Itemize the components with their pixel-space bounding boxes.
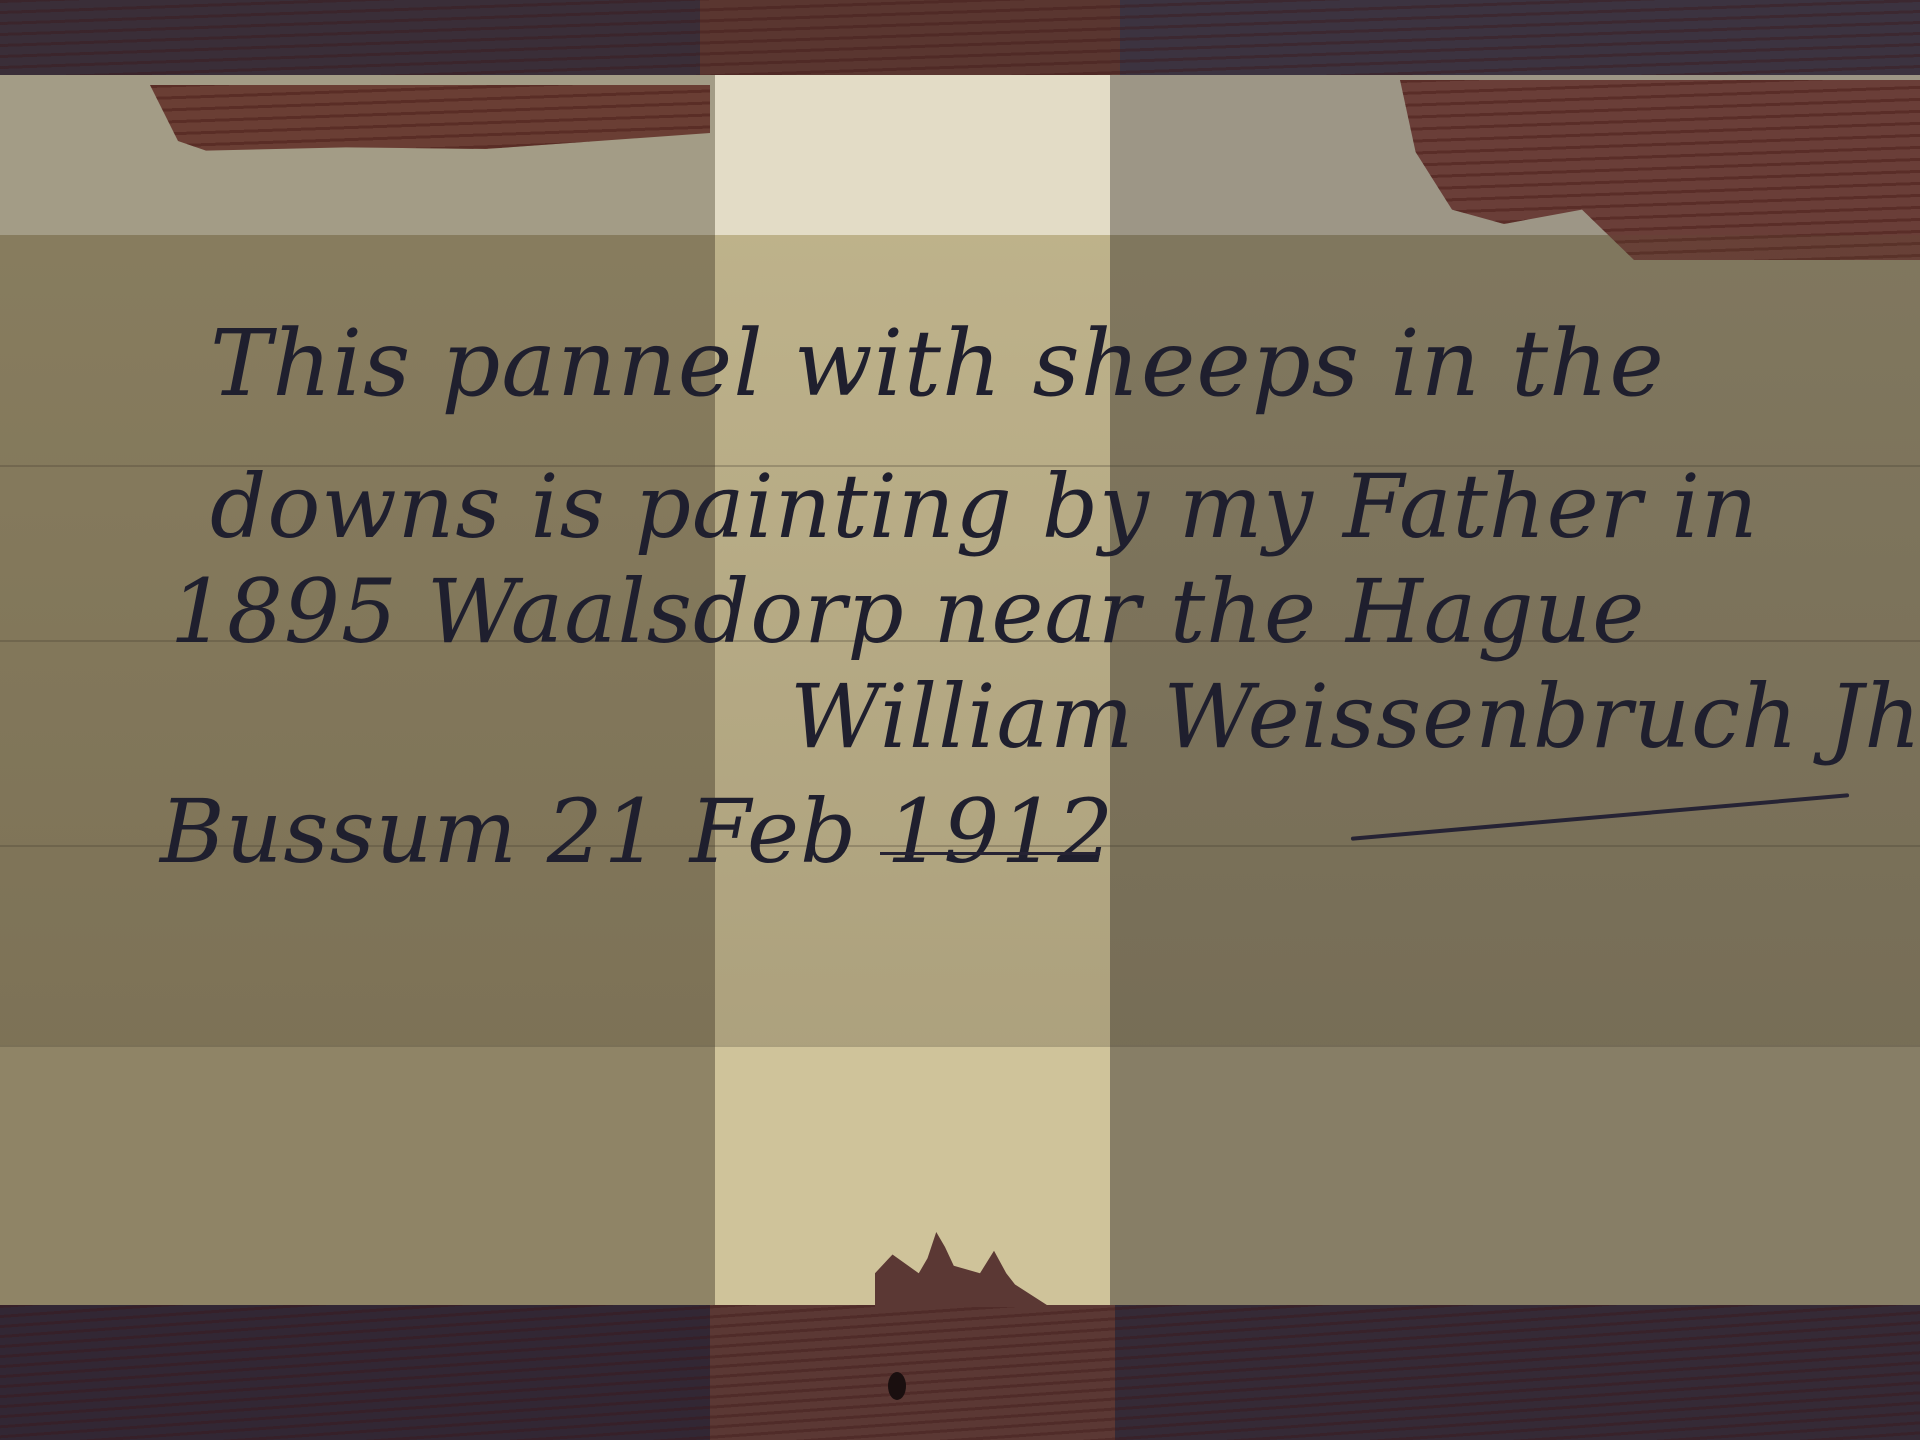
note-line-3: 1895 Waalsdorp near the Hague (170, 560, 1645, 663)
paper-rule (0, 1045, 1920, 1047)
wood-frame-bottom (0, 1305, 1920, 1440)
place-date: Bussum 21 Feb 1912 (160, 780, 1114, 883)
nail-hole-icon (888, 1372, 906, 1400)
signature: William Weissenbruch Jhz (790, 665, 1920, 768)
date-underline (880, 852, 1100, 855)
panel-back-photo: This pannel with sheeps in the downs is … (0, 0, 1920, 1440)
note-line-2: downs is painting by my Father in (210, 455, 1759, 558)
note-line-1: This pannel with sheeps in the (210, 310, 1665, 417)
